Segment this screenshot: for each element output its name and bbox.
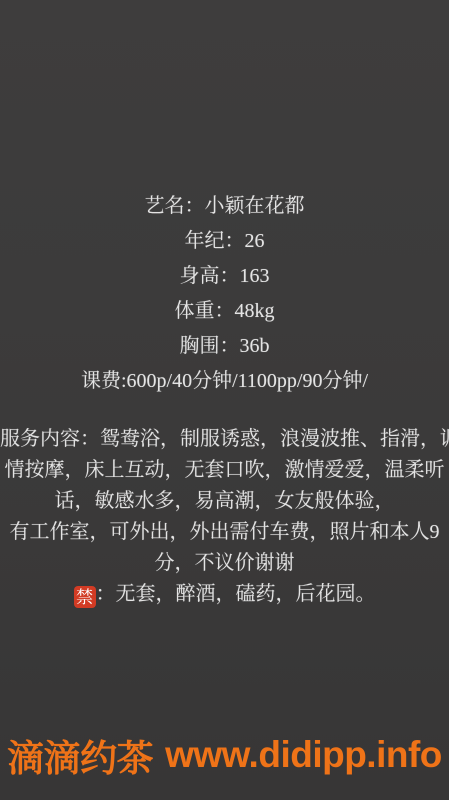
profile-line-height: 身高：163 — [0, 259, 449, 294]
footer-brand: 滴滴约茶 — [7, 728, 153, 782]
profile-line-stage-name: 艺名：小颖在花都 — [0, 189, 449, 224]
profile-line-price: 课费:600p/40分钟/1100pp/90分钟/ — [0, 364, 449, 399]
profile-info: 艺名：小颖在花都 年纪：26 身高：163 体重：48kg 胸围：36b 课费:… — [0, 189, 449, 399]
profile-line-bust: 胸围：36b — [0, 329, 449, 364]
forbidden-line: 禁：无套，醉酒，磕药，后花园。 — [0, 579, 449, 610]
forbidden-text: ：无套，醉酒，磕药，后花园。 — [96, 583, 376, 605]
profile-line-weight: 体重：48kg — [0, 294, 449, 329]
services-line: 有工作室，可外出，外出需付车费，照片和本人9 — [0, 517, 449, 548]
profile-line-age: 年纪：26 — [0, 224, 449, 259]
footer-watermark: 滴滴约茶 www.didipp.info — [0, 710, 449, 800]
services-line: 服务内容：鸳鸯浴，制服诱惑，浪漫波推、指滑，调 — [0, 424, 449, 455]
footer-url: www.didipp.info — [165, 734, 442, 776]
ad-card: 艺名：小颖在花都 年纪：26 身高：163 体重：48kg 胸围：36b 课费:… — [0, 0, 449, 800]
forbidden-badge: 禁 — [74, 586, 96, 608]
services-paragraph: 服务内容：鸳鸯浴，制服诱惑，浪漫波推、指滑，调 情按摩，床上互动，无套口吹，激情… — [0, 424, 449, 610]
services-line: 话，敏感水多，易高潮，女友般体验， — [0, 486, 449, 517]
services-line: 情按摩，床上互动，无套口吹，激情爱爱，温柔听 — [0, 455, 449, 486]
services-line: 分，不议价谢谢 — [0, 548, 449, 579]
